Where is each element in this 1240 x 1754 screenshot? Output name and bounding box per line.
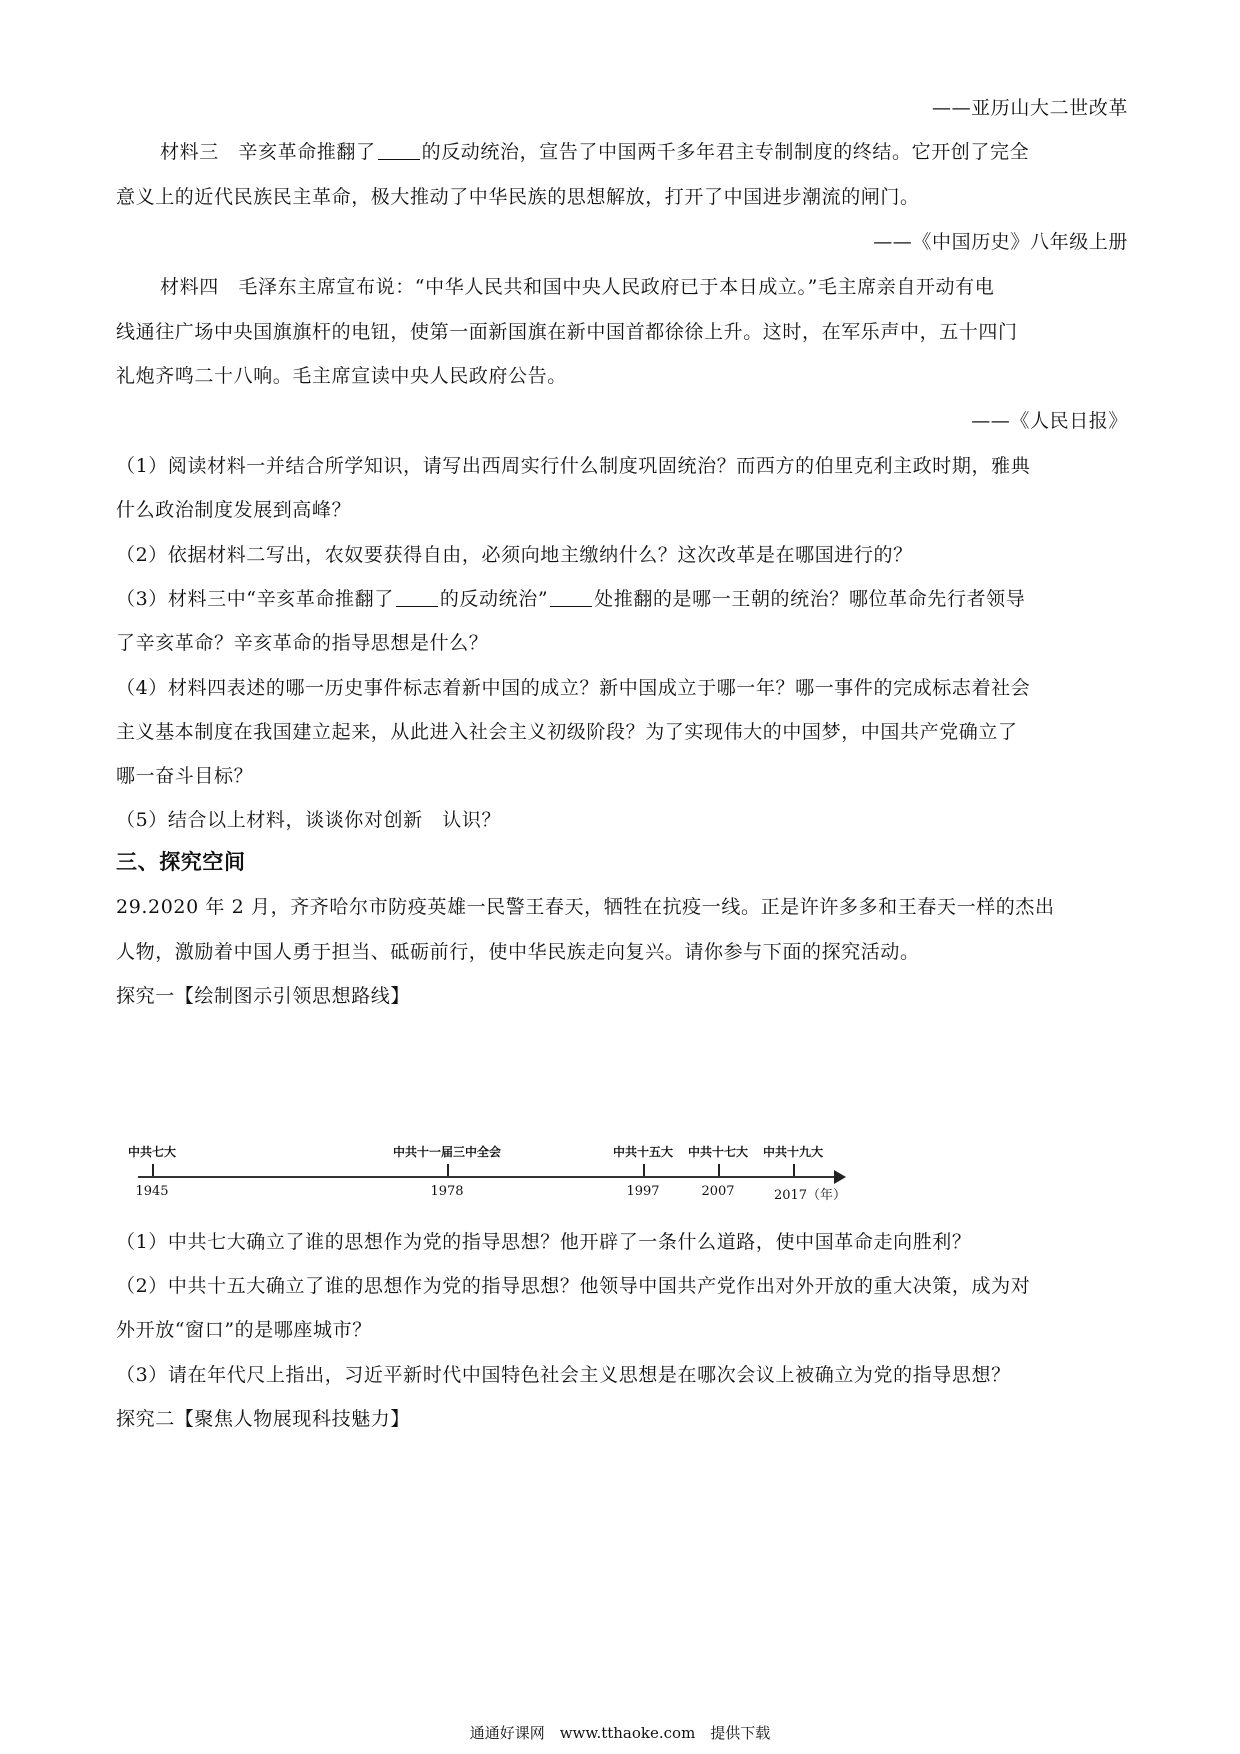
question-4-line1: （4）材料四表述的哪一历史事件标志着新中国的成立？新中国成立于哪一年？哪一事件的… [116, 676, 1128, 700]
fill-blank [550, 588, 592, 607]
question-4-line3: 哪一奋斗目标？ [116, 764, 1128, 788]
text: 的反动统治” [440, 588, 548, 610]
question-5: （5）结合以上材料，谈谈你对创新 认识？ [116, 808, 1128, 832]
timeline-event-label: 中共七大 [128, 1143, 176, 1160]
timeline-year-label: 2017（年） [774, 1184, 846, 1203]
timeline-axis [138, 1176, 838, 1178]
material-three-line2: 意义上的近代民族民主革命，极大推动了中华民族的思想解放，打开了中国进步潮流的闸门… [116, 185, 1128, 209]
inquiry-1-question-2-line2: 外开放“窗口”的是哪座城市？ [116, 1318, 1128, 1342]
material-three-source: ——《中国历史》八年级上册 [873, 230, 1128, 254]
footer-watermark: 通通好课网 www.tthaoke.com 提供下载 [0, 1722, 1240, 1743]
fill-blank [378, 141, 420, 160]
timeline-event-label: 中共十一届三中全会 [393, 1143, 501, 1160]
fill-blank [396, 588, 438, 607]
question-3-line2: 了辛亥革命？辛亥革命的指导思想是什么？ [116, 631, 1128, 655]
timeline-year-label: 1945 [135, 1184, 168, 1199]
material-four-source: ——《人民日报》 [971, 409, 1128, 433]
inquiry-1-question-3: （3）请在年代尺上指出，习近平新时代中国特色社会主义思想是在哪次会议上被确立为党… [116, 1363, 1128, 1387]
question-1-line1: （1）阅读材料一并结合所学知识，请写出西周实行什么制度巩固统治？而西方的伯里克利… [116, 454, 1128, 478]
material-three-line1: 材料三 辛亥革命推翻了的反动统治，宣告了中国两千多年君主专制制度的终结。它开创了… [160, 140, 1172, 164]
timeline-year-label: 1978 [430, 1184, 463, 1199]
timeline-tick [152, 1164, 154, 1176]
material-four-line3: 礼炮齐鸣二十八响。毛主席宣读中央人民政府公告。 [116, 364, 1128, 388]
timeline-diagram: 中共七大 1945 中共十一届三中全会 1978 中共十五大 1997 中共十七… [138, 1150, 858, 1220]
question-1-line2: 什么政治制度发展到高峰？ [116, 498, 1128, 522]
text: 的反动统治，宣告了中国两千多年君主专制制度的终结。它开创了完全 [422, 141, 1030, 163]
question-4-line2: 主义基本制度在我国建立起来，从此进入社会主义初级阶段？为了实现伟大的中国梦，中国… [116, 720, 1128, 744]
question-2: （2）依据材料二写出，农奴要获得自由，必须向地主缴纳什么？这次改革是在哪国进行的… [116, 543, 1128, 567]
material-four-line1: 材料四 毛泽东主席宣布说：“中华人民共和国中央人民政府已于本日成立。”毛主席亲自… [160, 275, 1172, 299]
timeline-tick [718, 1164, 720, 1176]
timeline-year-label: 1997 [626, 1184, 659, 1199]
inquiry-1-title: 探究一【绘制图示引领思想路线】 [116, 984, 1128, 1008]
text: （3）材料三中“辛亥革命推翻了 [116, 588, 394, 610]
inquiry-2-title: 探究二【聚焦人物展现科技魅力】 [116, 1407, 1128, 1431]
timeline-tick [643, 1164, 645, 1176]
section-heading: 三、探究空间 [116, 850, 1128, 874]
text: 材料三 辛亥革命推翻了 [160, 141, 376, 163]
question-29-line2: 人物，激励着中国人勇于担当、砥砺前行，使中华民族走向复兴。请你参与下面的探究活动… [116, 940, 1128, 964]
timeline-event-label: 中共十五大 [613, 1143, 673, 1160]
material-two-source: ——亚历山大二世改革 [932, 96, 1128, 120]
question-29-line1: 29.2020 年 2 月，齐齐哈尔市防疫英雄一民警王春天，牺牲在抗疫一线。正是… [116, 895, 1128, 919]
inquiry-1-question-1: （1）中共七大确立了谁的思想作为党的指导思想？他开辟了一条什么道路，使中国革命走… [116, 1230, 1128, 1254]
timeline-tick [447, 1164, 449, 1176]
timeline-event-label: 中共十七大 [688, 1143, 748, 1160]
question-3-line1: （3）材料三中“辛亥革命推翻了的反动统治”处推翻的是哪一王朝的统治？哪位革命先行… [116, 587, 1128, 611]
inquiry-1-question-2-line1: （2）中共十五大确立了谁的思想作为党的指导思想？他领导中国共产党作出对外开放的重… [116, 1274, 1128, 1298]
arrow-right-icon [834, 1170, 846, 1184]
timeline-year-label: 2007 [701, 1184, 734, 1199]
text: 处推翻的是哪一王朝的统治？哪位革命先行者领导 [594, 588, 1025, 610]
timeline-event-label: 中共十九大 [763, 1143, 823, 1160]
timeline-tick [793, 1164, 795, 1176]
material-four-line2: 线通往广场中央国旗旗杆的电钮，使第一面新国旗在新中国首都徐徐上升。这时，在军乐声… [116, 320, 1128, 344]
